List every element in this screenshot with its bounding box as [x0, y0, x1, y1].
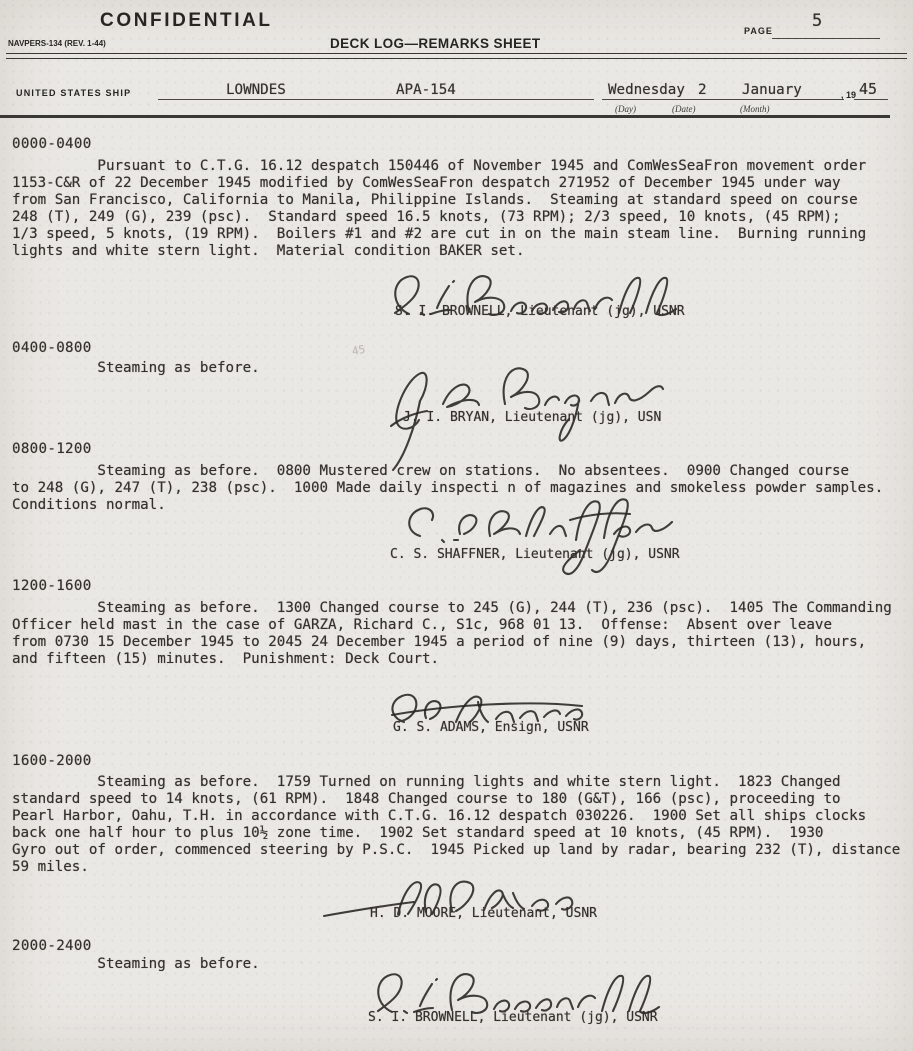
officer-name: S. I. BROWNELL, Lieutenant (jg), USNR	[395, 304, 685, 319]
classification-stamp: CONFIDENTIAL	[100, 10, 273, 32]
watch-heading: 2000-2400	[12, 938, 92, 955]
signature-shaffner	[398, 500, 678, 582]
officer-name: S. I. BROWNELL, Lieutenant (jg), USNR	[368, 1010, 658, 1025]
month-value: January	[742, 82, 802, 99]
signature-brownell	[368, 968, 658, 1016]
deck-log-remarks-sheet: CONFIDENTIAL PAGE 5 NAVPERS-134 (REV. 1-…	[0, 0, 913, 1051]
log-entry-text: Steaming as before.	[12, 360, 260, 377]
ship-hull-number: APA-154	[396, 82, 456, 99]
watch-heading: 1600-2000	[12, 753, 92, 770]
watch-heading: 0800-1200	[12, 441, 92, 458]
day-caption: (Day)	[615, 104, 636, 114]
page-number-line	[772, 24, 880, 39]
watch-heading: 0400-0800	[12, 340, 92, 357]
log-entry-text: Steaming as before. 1300 Changed course …	[12, 600, 892, 668]
log-entry-text: Steaming as before. 1759 Turned on runni…	[12, 774, 900, 876]
ship-row-divider	[0, 115, 890, 118]
officer-name: H. D. MOORE, Lieutenant, USNR	[370, 906, 597, 921]
pencil-note-artifact: 45	[350, 341, 366, 360]
form-number: NAVPERS-134 (REV. 1-44)	[8, 39, 106, 48]
year-line	[854, 85, 888, 100]
watch-heading: 1200-1600	[12, 578, 92, 595]
signature-script-icon	[398, 500, 678, 582]
date-caption: (Date)	[672, 104, 696, 114]
ship-name: LOWNDES	[226, 82, 286, 99]
officer-name: C. S. SHAFFNER, Lieutenant (jg), USNR	[390, 547, 680, 562]
watch-heading: 0000-0400	[12, 136, 92, 153]
signature-script-icon	[368, 968, 658, 1016]
document-title: DECK LOG—REMARKS SHEET	[330, 36, 541, 51]
log-entry-text: Pursuant to C.T.G. 16.12 despatch 150446…	[12, 158, 866, 260]
ship-label: UNITED STATES SHIP	[16, 88, 131, 98]
day-value: Wednesday	[608, 82, 685, 99]
ship-name-line	[158, 85, 594, 100]
log-entry-text: Steaming as before.	[12, 956, 260, 973]
page-label: PAGE	[744, 26, 773, 36]
officer-name: J. I. BRYAN, Lieutenant (jg), USN	[403, 410, 661, 425]
date-value: 2	[698, 82, 707, 99]
officer-name: G. S. ADAMS, Ensign, USNR	[393, 720, 589, 735]
month-caption: (Month)	[740, 104, 770, 114]
header-divider	[6, 53, 907, 59]
